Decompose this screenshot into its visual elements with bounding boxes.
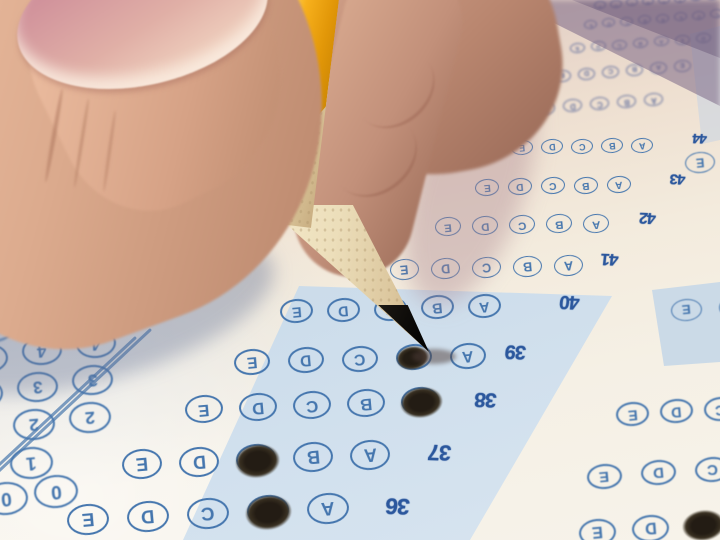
bubble-letter: A <box>591 217 600 229</box>
answer-bubble: C <box>186 496 231 531</box>
answer-bubble: C <box>589 96 609 111</box>
bubble-letter: E <box>81 509 95 529</box>
answer-bubble: D <box>126 499 171 534</box>
answer-bubble: E <box>184 393 224 424</box>
bubble-letter: B <box>554 218 563 230</box>
bubble-letter: D <box>670 404 682 419</box>
question-number: 44 <box>692 131 707 147</box>
answer-bubble: D <box>238 392 278 423</box>
answer-bubble: A <box>606 175 631 194</box>
answer-bubble: E <box>121 447 163 480</box>
bubble-letter: 2 <box>28 415 40 434</box>
bubble-letter: C <box>549 180 557 191</box>
answer-bubble: B <box>600 137 623 154</box>
answer-bubble: C <box>570 138 593 155</box>
filled-mark <box>680 507 720 540</box>
bubble-letter: E <box>627 406 638 421</box>
bubble-letter: 0 <box>0 488 12 508</box>
digit-bubble: 2 <box>68 400 113 435</box>
bubble-letter: A <box>615 179 623 190</box>
bubble-letter: A <box>563 259 573 272</box>
answer-bubble: D <box>659 398 694 425</box>
bubble-letter: 2 <box>84 408 96 427</box>
bubble-letter: 0 <box>50 481 62 501</box>
filled-mark <box>398 384 444 421</box>
bubble-letter: B <box>306 448 321 467</box>
bubble-letter: 1 <box>25 453 37 472</box>
bubble-letter: D <box>140 506 155 526</box>
bubble-letter: A <box>650 95 656 103</box>
answer-bubble: E <box>66 502 111 537</box>
bubble-letter: E <box>681 303 691 317</box>
scantron-photo-scene: EDCBA36EDCBA37EDCBA38EDCBA39EDCBA40EDCBA… <box>0 0 720 540</box>
bubble-letter: B <box>631 66 637 74</box>
question-number: 40 <box>559 290 580 313</box>
bubble-letter: D <box>569 102 575 110</box>
question-number: 42 <box>639 208 657 226</box>
answer-bubble: E <box>615 401 650 428</box>
bubble-letter: A <box>638 140 645 150</box>
answer-bubble: A <box>467 293 502 320</box>
answer-bubble: C <box>703 395 720 422</box>
bubble-letter: C <box>354 350 367 367</box>
bubble-letter: E <box>598 468 609 484</box>
filled-mark <box>243 491 294 532</box>
answer-bubble: C <box>341 344 379 373</box>
bubble-letter: C <box>596 100 602 108</box>
digit-bubble: 1 <box>8 445 54 481</box>
bubble-letter: B <box>623 97 629 105</box>
answer-bubble: B <box>616 94 636 109</box>
answer-bubble: E <box>585 462 622 490</box>
answer-bubble: A <box>582 212 610 233</box>
bubble-letter: C <box>706 462 718 478</box>
digit-bubble: 0 <box>0 480 29 517</box>
bubble-letter: B <box>359 394 373 412</box>
answer-bubble: E <box>279 298 314 325</box>
bubble-letter: E <box>246 354 258 370</box>
bubble-letter: C <box>517 218 526 230</box>
answer-bubble: C <box>601 65 619 78</box>
answer-bubble: B <box>346 388 386 419</box>
digit-bubble: 0 <box>33 473 80 510</box>
bubble-letter: E <box>575 45 580 51</box>
answer-bubble: B <box>292 440 334 473</box>
bubble-letter: C <box>200 504 215 524</box>
bubble-letter: E <box>135 455 149 474</box>
question-number: 41 <box>600 249 619 270</box>
bubble-letter: C <box>578 141 585 151</box>
answer-bubble: A <box>630 137 653 154</box>
bubble-letter: D <box>583 70 589 78</box>
answer-bubble: D <box>562 99 582 114</box>
answer-bubble: D <box>326 296 361 323</box>
bubble-letter: D <box>251 398 265 416</box>
bubble-letter: D <box>337 302 349 317</box>
answer-bubble: A <box>306 491 351 526</box>
answer-bubble: D <box>178 445 220 478</box>
answer-bubble: D <box>287 346 325 375</box>
answer-bubble: A <box>349 438 391 471</box>
bubble-letter: A <box>320 498 335 518</box>
pencil-tip-contact-shadow <box>412 349 456 364</box>
question-number: 36 <box>385 492 411 520</box>
bubble-letter: D <box>300 352 313 369</box>
filled-mark <box>232 441 281 481</box>
answer-bubble: A <box>643 92 663 107</box>
answer-bubble: D <box>630 514 669 540</box>
answer-bubble: E <box>684 150 716 174</box>
answer-bubble: B <box>545 213 573 234</box>
bubble-letter: D <box>643 520 656 537</box>
answer-bubble: D <box>577 67 595 80</box>
question-number: 38 <box>474 387 498 412</box>
bubble-letter: D <box>192 452 207 471</box>
answer-bubble: E <box>569 42 585 53</box>
bubble-letter: E <box>591 523 603 540</box>
answer-bubble: E <box>577 517 616 540</box>
bubble-letter: A <box>478 299 490 314</box>
answer-bubble: E <box>670 298 703 323</box>
bubble-letter: D <box>652 465 664 481</box>
bubble-letter: C <box>305 396 319 414</box>
bubble-letter: C <box>607 68 613 76</box>
bubble-letter: E <box>198 400 211 418</box>
answer-bubble: C <box>540 176 565 195</box>
bubble-letter: E <box>695 155 704 168</box>
digit-bubble: 2 <box>12 407 57 442</box>
answer-bubble: D <box>639 459 676 487</box>
bubble-letter: B <box>522 260 532 273</box>
bubble-letter: A <box>462 347 475 364</box>
question-number: 37 <box>427 439 452 466</box>
answer-bubble: A <box>553 254 584 277</box>
question-number: 39 <box>505 339 528 363</box>
bubble-letter: E <box>291 303 302 318</box>
answer-bubble: C <box>292 390 332 421</box>
bubble-letter: C <box>714 401 720 416</box>
answer-bubble: B <box>512 255 543 278</box>
answer-bubble: B <box>573 176 598 195</box>
question-number: 43 <box>670 170 686 187</box>
bubble-letter: D <box>548 142 555 152</box>
answer-bubble: E <box>233 347 271 376</box>
answer-bubble: D <box>540 138 563 155</box>
answer-bubble: C <box>693 456 720 484</box>
bubble-letter: B <box>608 141 615 151</box>
bubble-letter: A <box>363 445 378 464</box>
bubble-letter: B <box>582 180 590 191</box>
